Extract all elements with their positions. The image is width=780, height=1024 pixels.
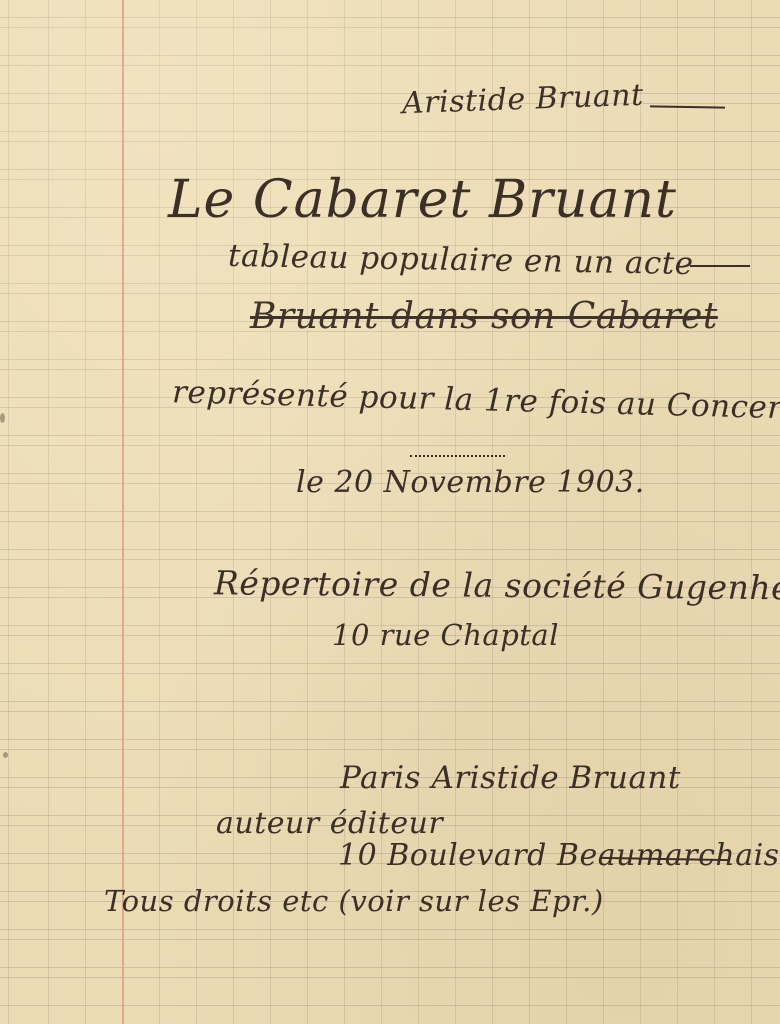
- author-address: 10 Boulevard Beaumarchais: [338, 838, 780, 873]
- ink-stain: [0, 413, 5, 423]
- repertoire-line: Répertoire de la société Gugenheim: [214, 563, 780, 607]
- rights-note: Tous droits etc (voir sur les Epr.): [104, 884, 604, 918]
- signature-flourish: [650, 105, 725, 108]
- paris-signature-line: Paris Aristide Bruant: [340, 760, 681, 796]
- premiere-date: le 20 Novembre 1903.: [296, 465, 645, 500]
- date-wavy-mark: [410, 451, 505, 457]
- author-signature-top: Aristide Bruant: [401, 78, 644, 121]
- ink-stain: [3, 752, 8, 758]
- manuscript-page: Aristide Bruant Le Cabaret Bruant tablea…: [0, 0, 780, 1024]
- repertoire-address: 10 rue Chaptal: [332, 618, 559, 652]
- author-editor-line: auteur éditeur: [216, 806, 443, 841]
- struck-out-alternate-title: Bruant dans son Cabaret: [250, 296, 718, 337]
- play-subtitle: tableau populaire en un acte: [228, 238, 694, 282]
- play-title: Le Cabaret Bruant: [168, 170, 677, 230]
- red-margin-line: [122, 0, 124, 1024]
- premiere-note: représenté pour la 1re fois au Concert d…: [172, 374, 780, 432]
- subtitle-flourish: [690, 265, 750, 267]
